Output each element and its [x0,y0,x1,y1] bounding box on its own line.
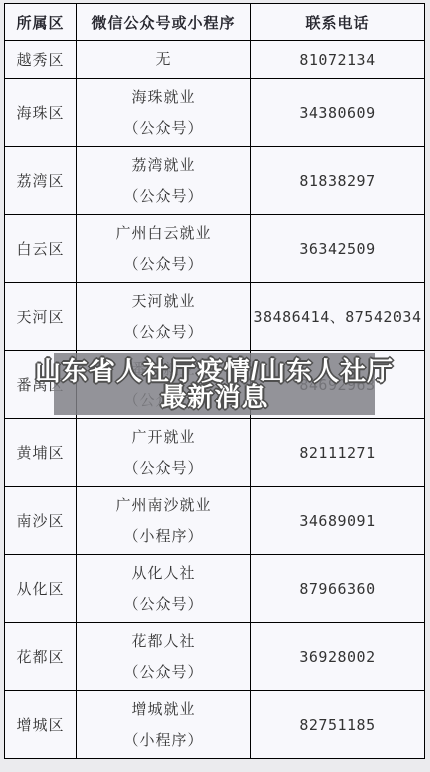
account-line: （小程序） [77,725,250,756]
table-row: 越秀区 无 81072134 [5,41,425,79]
account-line: 增城就业 [77,694,250,725]
phone-cell: 82111271 [251,419,425,487]
account-line: 荔湾就业 [77,150,250,181]
account-cell: 花都人社（公众号） [77,623,251,691]
table-row: 增城区 增城就业（小程序） 82751185 [5,691,425,759]
account-cell: 海珠就业（公众号） [77,79,251,147]
account-line: （公众号） [77,181,250,212]
district-cell: 海珠区 [5,79,77,147]
account-line: （公众号） [77,385,250,416]
district-cell: 越秀区 [5,41,77,79]
table-body: 越秀区 无 81072134 海珠区 海珠就业（公众号） 34380609 荔湾… [5,41,425,759]
phone-cell: 81072134 [251,41,425,79]
account-line: （公众号） [77,317,250,348]
account-cell: 广州南沙就业（小程序） [77,487,251,555]
column-header-account: 微信公众号或小程序 [77,4,251,41]
table-row: 从化区 从化人社（公众号） 87966360 [5,555,425,623]
column-header-phone: 联系电话 [251,4,425,41]
table-header-row: 所属区 微信公众号或小程序 联系电话 [5,4,425,41]
phone-cell: 87966360 [251,555,425,623]
account-line: 广开就业 [77,422,250,453]
phone-cell: 36928002 [251,623,425,691]
table-row: 南沙区 广州南沙就业（小程序） 34689091 [5,487,425,555]
account-line: 番禺就业 [77,354,250,385]
district-cell: 南沙区 [5,487,77,555]
phone-cell: 84692963 [251,351,425,419]
contact-table-wrapper: 所属区 微信公众号或小程序 联系电话 越秀区 无 81072134 海珠区 海珠… [4,3,424,767]
table-row: 荔湾区 荔湾就业（公众号） 81838297 [5,147,425,215]
account-cell: 荔湾就业（公众号） [77,147,251,215]
account-line: 天河就业 [77,286,250,317]
account-cell: 增城就业（小程序） [77,691,251,759]
district-cell: 增城区 [5,691,77,759]
district-cell: 番禺区 [5,351,77,419]
account-line: 广州南沙就业 [77,490,250,521]
account-line: （公众号） [77,453,250,484]
account-line: 海珠就业 [77,82,250,113]
phone-cell: 38486414、87542034 [251,283,425,351]
account-cell: 广开就业（公众号） [77,419,251,487]
account-line: （公众号） [77,657,250,688]
phone-cell: 34689091 [251,487,425,555]
district-cell: 花都区 [5,623,77,691]
contact-table: 所属区 微信公众号或小程序 联系电话 越秀区 无 81072134 海珠区 海珠… [4,3,425,759]
table-row: 天河区 天河就业（公众号） 38486414、87542034 [5,283,425,351]
district-cell: 荔湾区 [5,147,77,215]
account-line: 从化人社 [77,558,250,589]
account-line: （公众号） [77,589,250,620]
table-row: 黄埔区 广开就业（公众号） 82111271 [5,419,425,487]
account-cell: 从化人社（公众号） [77,555,251,623]
table-row: 花都区 花都人社（公众号） 36928002 [5,623,425,691]
account-line: 花都人社 [77,626,250,657]
district-cell: 白云区 [5,215,77,283]
phone-cell: 81838297 [251,147,425,215]
account-line: （公众号） [77,249,250,280]
table-row: 番禺区 番禺就业（公众号） 84692963 [5,351,425,419]
account-line: （小程序） [77,521,250,552]
district-cell: 从化区 [5,555,77,623]
table-row: 白云区 广州白云就业（公众号） 36342509 [5,215,425,283]
account-line: 广州白云就业 [77,218,250,249]
phone-cell: 82751185 [251,691,425,759]
phone-cell: 34380609 [251,79,425,147]
phone-cell: 36342509 [251,215,425,283]
account-line: 无 [77,50,250,70]
account-cell: 番禺就业（公众号） [77,351,251,419]
column-header-district: 所属区 [5,4,77,41]
account-line: （公众号） [77,113,250,144]
table-row: 海珠区 海珠就业（公众号） 34380609 [5,79,425,147]
account-cell: 无 [77,41,251,79]
district-cell: 黄埔区 [5,419,77,487]
district-cell: 天河区 [5,283,77,351]
account-cell: 天河就业（公众号） [77,283,251,351]
account-cell: 广州白云就业（公众号） [77,215,251,283]
